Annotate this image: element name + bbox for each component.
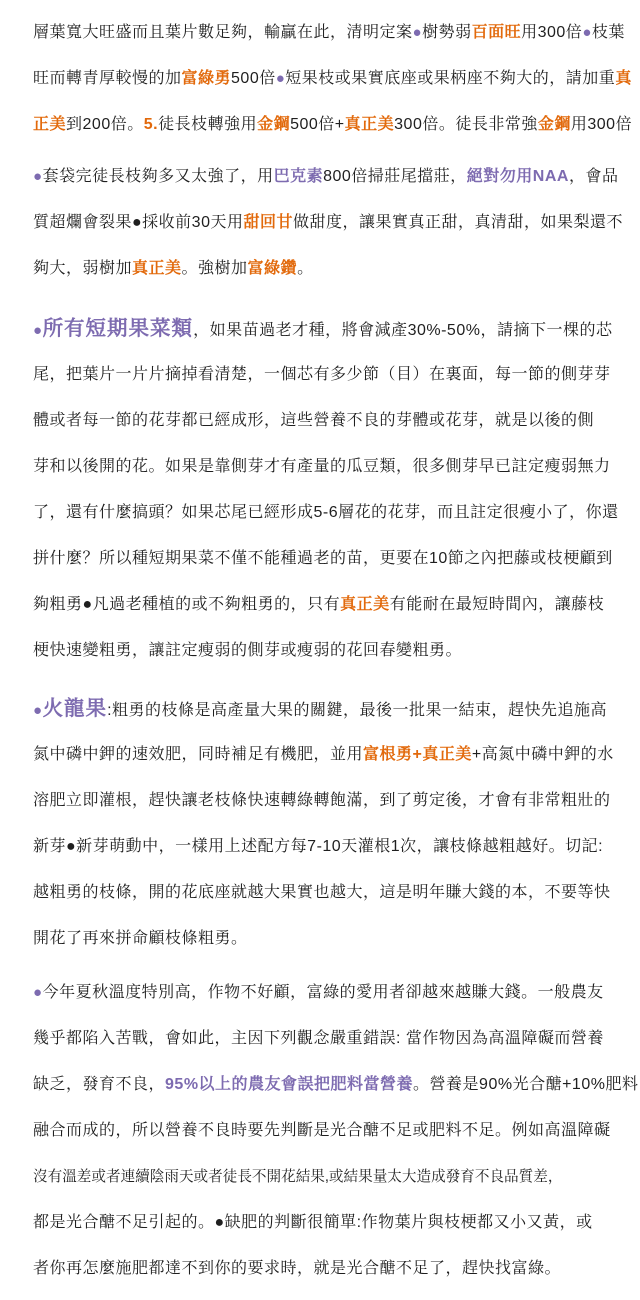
text-line: 了，還有什麼搞頭？如果芯尾已經形成5-6層花的花芽，而且註定很瘦小了，你還	[33, 490, 612, 536]
text-line: 層葉寬大旺盛而且葉片數足夠，輸贏在此，清明定案●樹勢弱百面旺用300倍●枝葉	[33, 10, 612, 56]
text-run: +高氮中磷中鉀的水	[472, 746, 614, 763]
text-run: 套袋完徒長枝夠多又太強了，用	[43, 168, 274, 185]
bullet-icon: ●	[582, 24, 592, 41]
text-run: 開花了再來拼命顧枝條粗勇。	[33, 930, 248, 947]
text-run: 幾乎都陷入苦戰，會如此，主因下列觀念嚴重錯誤: 當作物因為高溫障礙而營養	[33, 1030, 604, 1047]
text-run: 融合而成的，所以營養不良時要先判斷是光合醣不足或肥料不足。例如高溫障礙	[33, 1122, 611, 1139]
text-run: 絕對勿用NAA	[467, 168, 569, 185]
bullet-icon: ●	[413, 24, 423, 41]
text-run: 富綠勇	[182, 70, 232, 87]
text-line: 夠大，弱樹加真正美。強樹加富綠鑽。	[33, 246, 612, 292]
text-run: 真	[615, 70, 632, 87]
section-heading: 所有短期果菜類	[43, 317, 194, 340]
text-run: 越粗勇的枝條，開的花底座就越大果實也越大，這是明年賺大錢的本，不要等快	[33, 884, 611, 901]
text-run: 富根勇+真正美	[363, 746, 472, 763]
bullet-icon: ●	[33, 984, 43, 1001]
text-run: 。	[297, 260, 314, 277]
text-run: 夠粗勇●凡過老種植的或不夠粗勇的，只有	[33, 596, 340, 613]
bullet-icon: ●	[33, 168, 43, 185]
text-run: 氮中磷中鉀的速效肥，同時補足有機肥，並用	[33, 746, 363, 763]
text-run: 尾，把葉片一片片摘掉看清楚，一個芯有多少節（目）在裏面，每一節的側芽芽	[33, 366, 611, 383]
text-line: 旺而轉青厚較慢的加富綠勇500倍●短果枝或果實底座或果柄座不夠大的，請加重真	[33, 56, 612, 102]
document-body: 層葉寬大旺盛而且葉片數足夠，輸贏在此，清明定案●樹勢弱百面旺用300倍●枝葉旺而…	[0, 0, 640, 1292]
text-run: 百面旺	[472, 24, 522, 41]
text-run: 真正美	[345, 116, 395, 133]
paragraph-dragon-fruit: ●火龍果:粗勇的枝條是高產量大果的關鍵，最後一批果一結束，趕快先追施高氮中磷中鉀…	[33, 686, 612, 962]
text-run: 今年夏秋溫度特別高，作物不好顧，富綠的愛用者卻越來越賺大錢。一般農友	[43, 984, 604, 1001]
text-line: 越粗勇的枝條，開的花底座就越大果實也越大，這是明年賺大錢的本，不要等快	[33, 870, 612, 916]
text-line: ●火龍果:粗勇的枝條是高產量大果的關鍵，最後一批果一結束，趕快先追施高	[33, 686, 612, 732]
text-run: ，如果苗過老才種，將會減產30%-50%，請摘下一棵的芯	[193, 322, 612, 339]
text-line: 缺乏，發育不良，95%以上的農友會誤把肥料當營養。營養是90%光合醣+10%肥料	[33, 1062, 612, 1108]
text-line: 夠粗勇●凡過老種植的或不夠粗勇的，只有真正美有能耐在最短時間內，讓藤枝	[33, 582, 612, 628]
text-line: ●今年夏秋溫度特別高，作物不好顧，富綠的愛用者卻越來越賺大錢。一般農友	[33, 970, 612, 1016]
text-run: 500倍+	[290, 116, 345, 133]
text-run: 金鋼	[538, 116, 571, 133]
paragraph-short-term-fruit-vegetables: ●所有短期果菜類，如果苗過老才種，將會減產30%-50%，請摘下一棵的芯尾，把葉…	[33, 306, 612, 674]
text-line: ●套袋完徒長枝夠多又太強了，用巴克素800倍掃莊尾擋莊，絕對勿用NAA，會品	[33, 154, 612, 200]
text-run: 。強樹加	[182, 260, 248, 277]
text-run: 旺而轉青厚較慢的加	[33, 70, 182, 87]
text-run: 質超爛會裂果●採收前30天用	[33, 214, 243, 231]
section-heading: 火龍果	[43, 697, 108, 720]
bullet-icon: ●	[33, 702, 43, 719]
text-line: 幾乎都陷入苦戰，會如此，主因下列觀念嚴重錯誤: 當作物因為高溫障礙而營養	[33, 1016, 612, 1062]
paragraph-summer-autumn-high-temperature: ●今年夏秋溫度特別高，作物不好顧，富綠的愛用者卻越來越賺大錢。一般農友幾乎都陷入…	[33, 970, 612, 1292]
text-line: 正美到200倍。5.徒長枝轉強用金鋼500倍+真正美300倍。徒長非常強金鋼用3…	[33, 102, 612, 148]
text-run: 溶肥立即灌根，趕快讓老枝條快速轉綠轉飽滿，到了剪定後，才會有非常粗壯的	[33, 792, 611, 809]
text-line: 梗快速變粗勇，讓註定瘦弱的側芽或瘦弱的花回春變粗勇。	[33, 628, 612, 674]
text-run: 芽和以後開的花。如果是靠側芽才有產量的瓜豆類，很多側芽早已註定瘦弱無力	[33, 458, 611, 475]
text-run: 真正美	[340, 596, 390, 613]
text-run: 枝葉	[592, 24, 625, 41]
text-line: 體或者每一節的花芽都已經成形，這些營養不良的芽體或花芽，就是以後的側	[33, 398, 612, 444]
text-run: 500倍	[231, 70, 276, 87]
text-run: 徒長枝轉強用	[158, 116, 257, 133]
text-line: 質超爛會裂果●採收前30天用甜回甘做甜度，讓果實真正甜，真清甜，如果梨還不	[33, 200, 612, 246]
document-page: 層葉寬大旺盛而且葉片數足夠，輸贏在此，清明定案●樹勢弱百面旺用300倍●枝葉旺而…	[0, 0, 640, 1292]
text-run: 巴克素	[274, 168, 324, 185]
text-run: 拼什麼？所以種短期果菜不僅不能種過老的苗，更要在10節之內把藤或枝梗顧到	[33, 550, 613, 567]
text-run: 5.	[144, 116, 158, 133]
bullet-icon: ●	[276, 70, 286, 87]
text-run: 梗快速變粗勇，讓註定瘦弱的側芽或瘦弱的花回春變粗勇。	[33, 642, 462, 659]
text-run: :粗勇的枝條是高產量大果的關鍵，最後一批果一結束，趕快先追施高	[107, 702, 607, 719]
text-line: 新芽●新芽萌動中，一樣用上述配方每7-10天灌根1次，讓枝條越粗越好。切記:	[33, 824, 612, 870]
text-run: 樹勢弱	[422, 24, 472, 41]
text-run: 體或者每一節的花芽都已經成形，這些營養不良的芽體或花芽，就是以後的側	[33, 412, 594, 429]
text-run: 金鋼	[257, 116, 290, 133]
text-run: 有能耐在最短時間內，讓藤枝	[390, 596, 605, 613]
text-run: 了，還有什麼搞頭？如果芯尾已經形成5-6層花的花芽，而且註定很瘦小了，你還	[33, 504, 619, 521]
text-run: 沒有溫差或者連續陰雨天或者徒長不開花結果,或結果量太大造成發育不良品質差，	[33, 1169, 562, 1185]
text-line: 尾，把葉片一片片摘掉看清楚，一個芯有多少節（目）在裏面，每一節的側芽芽	[33, 352, 612, 398]
text-line: 溶肥立即灌根，趕快讓老枝條快速轉綠轉飽滿，到了剪定後，才會有非常粗壯的	[33, 778, 612, 824]
text-run: 用300倍	[521, 24, 582, 41]
text-line: 都是光合醣不足引起的。●缺肥的判斷很簡單:作物葉片與枝梗都又小又黃，或	[33, 1200, 612, 1246]
text-line: 氮中磷中鉀的速效肥，同時補足有機肥，並用富根勇+真正美+高氮中磷中鉀的水	[33, 732, 612, 778]
text-line: 融合而成的，所以營養不良時要先判斷是光合醣不足或肥料不足。例如高溫障礙	[33, 1108, 612, 1154]
text-run: 95%以上的農友會誤把肥料當營養	[165, 1076, 413, 1093]
text-line: 拼什麼？所以種短期果菜不僅不能種過老的苗，更要在10節之內把藤或枝梗顧到	[33, 536, 612, 582]
bullet-icon: ●	[33, 322, 43, 339]
text-line: 者你再怎麼施肥都達不到你的要求時，就是光合醣不足了，趕快找富綠。	[33, 1246, 612, 1292]
text-line: ●所有短期果菜類，如果苗過老才種，將會減產30%-50%，請摘下一棵的芯	[33, 306, 612, 352]
text-run: 者你再怎麼施肥都達不到你的要求時，就是光合醣不足了，趕快找富綠。	[33, 1260, 561, 1277]
text-run: 做甜度，讓果實真正甜，真清甜，如果梨還不	[293, 214, 623, 231]
text-run: 都是光合醣不足引起的。●缺肥的判斷很簡單:作物葉片與枝梗都又小又黃，或	[33, 1214, 593, 1231]
text-run: 短果枝或果實底座或果柄座不夠大的，請加重	[285, 70, 615, 87]
paragraph-pear-spring-management: 層葉寬大旺盛而且葉片數足夠，輸贏在此，清明定案●樹勢弱百面旺用300倍●枝葉旺而…	[33, 10, 612, 148]
text-run: 缺乏，發育不良，	[33, 1076, 165, 1093]
paragraph-bagging-and-sweetness: ●套袋完徒長枝夠多又太強了，用巴克素800倍掃莊尾擋莊，絕對勿用NAA，會品質超…	[33, 154, 612, 292]
text-run: 用300倍	[571, 116, 632, 133]
text-run: ，會品	[569, 168, 619, 185]
text-run: 甜回甘	[243, 214, 293, 231]
text-run: 富綠鑽	[248, 260, 298, 277]
text-run: 夠大，弱樹加	[33, 260, 132, 277]
text-line: 芽和以後開的花。如果是靠側芽才有產量的瓜豆類，很多側芽早已註定瘦弱無力	[33, 444, 612, 490]
text-run: 真正美	[132, 260, 182, 277]
text-run: 正美	[33, 116, 66, 133]
text-run: 。營養是90%光合醣+10%肥料	[413, 1076, 638, 1093]
text-run: 300倍。徒長非常強	[394, 116, 538, 133]
text-run: 到200倍。	[66, 116, 144, 133]
text-run: 層葉寬大旺盛而且葉片數足夠，輸贏在此，清明定案	[33, 24, 413, 41]
text-line: 沒有溫差或者連續陰雨天或者徒長不開花結果,或結果量太大造成發育不良品質差，	[33, 1154, 612, 1200]
text-line: 開花了再來拼命顧枝條粗勇。	[33, 916, 612, 962]
text-run: 新芽●新芽萌動中，一樣用上述配方每7-10天灌根1次，讓枝條越粗越好。切記:	[33, 838, 603, 855]
text-run: 800倍掃莊尾擋莊，	[323, 168, 467, 185]
